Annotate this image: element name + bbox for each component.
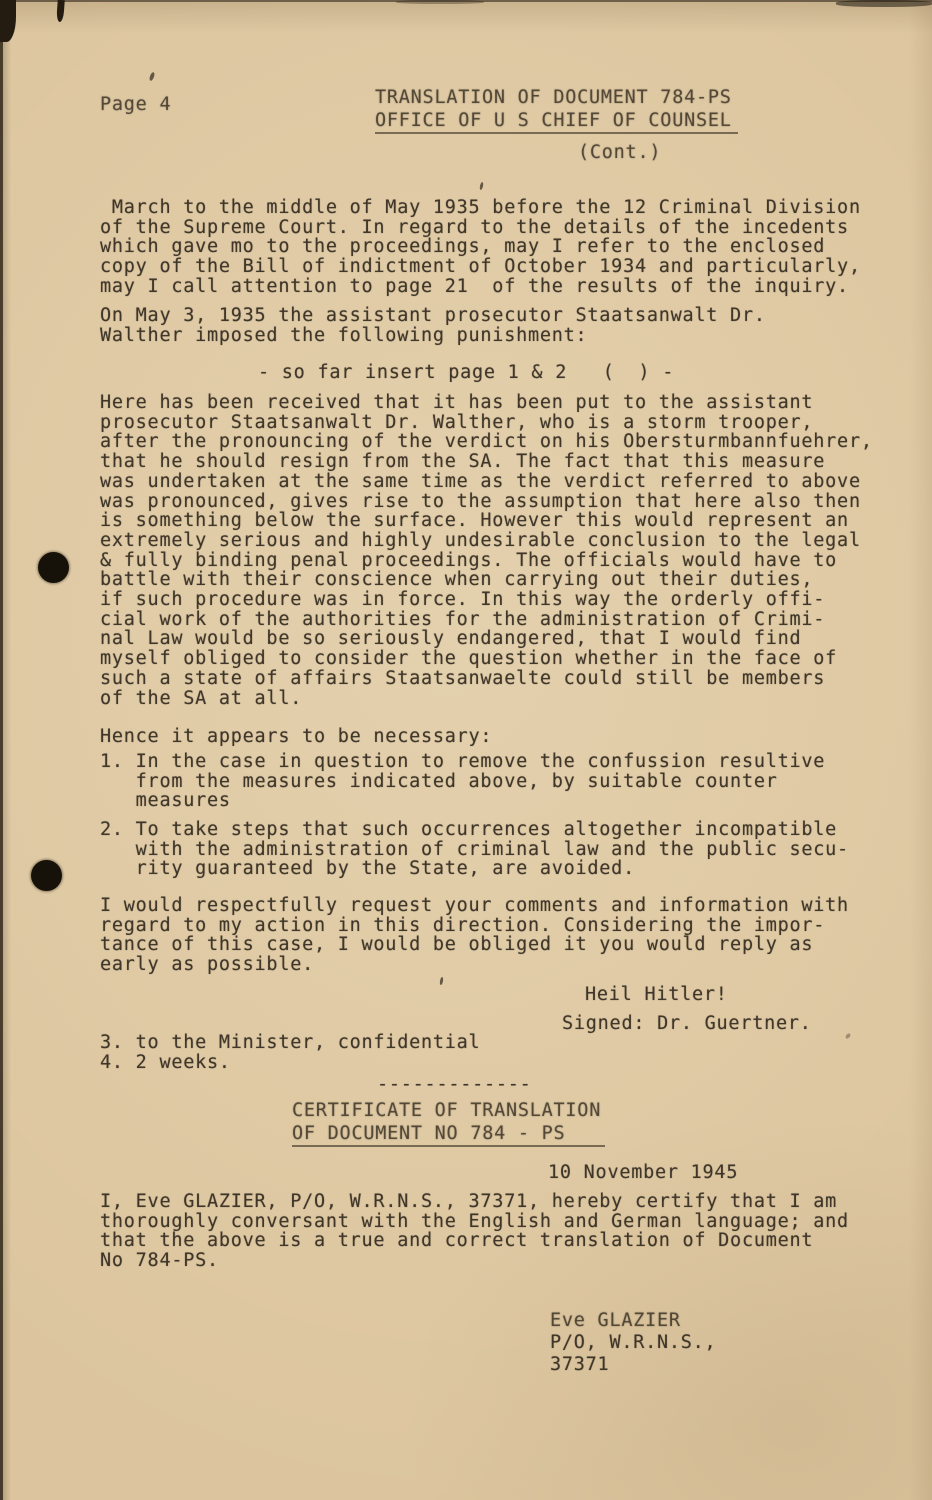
- left-edge-shadow: [0, 0, 3, 1500]
- hence-line: Hence it appears to be necessary:: [100, 727, 492, 747]
- signature-rank: P/O, W.R.N.S.,: [550, 1333, 716, 1353]
- paper-speck-3: [439, 977, 443, 985]
- numbered-item-4: 4. 2 weeks.: [100, 1053, 231, 1073]
- section-divider-dashes: -------------: [377, 1075, 532, 1095]
- signed-line: Signed: Dr. Guertner.: [562, 1014, 812, 1034]
- certificate-title-line1: CERTIFICATE OF TRANSLATION: [292, 1101, 601, 1121]
- header-title-line1: TRANSLATION OF DOCUMENT 784-PS: [375, 88, 732, 108]
- signature-number: 37371: [550, 1355, 609, 1375]
- document-page: Page 4 TRANSLATION OF DOCUMENT 784-PS OF…: [0, 0, 932, 1500]
- certificate-title-line2: OF DOCUMENT NO 784 - PS: [292, 1124, 605, 1147]
- top-smudge-center: [396, 0, 484, 4]
- paper-speck-1: [149, 72, 156, 82]
- paragraph-march-may: March to the middle of May 1935 before t…: [100, 198, 861, 297]
- numbered-item-3: 3. to the Minister, confidential: [100, 1033, 480, 1053]
- header-title-line2: OFFICE OF U S CHIEF OF COUNSEL: [375, 111, 738, 134]
- signature-name: Eve GLAZIER: [550, 1311, 681, 1331]
- numbered-item-1: 1. In the case in question to remove the…: [100, 752, 825, 811]
- header-continued-label: (Cont.): [578, 143, 661, 163]
- certificate-date: 10 November 1945: [548, 1163, 738, 1183]
- hole-punch-bottom: [31, 860, 62, 891]
- numbered-item-2: 2. To take steps that such occurrences a…: [100, 820, 849, 879]
- insert-note-line: - so far insert page 1 & 2 ( ) -: [258, 363, 674, 383]
- hole-punch-top: [38, 552, 69, 583]
- paragraph-on-may-3: On May 3, 1935 the assistant prosecutor …: [100, 306, 766, 345]
- certificate-body: I, Eve GLAZIER, P/O, W.R.N.S., 37371, he…: [100, 1192, 849, 1271]
- paper-speck-4: [845, 1032, 852, 1039]
- salute-line: Heil Hitler!: [585, 985, 728, 1005]
- top-smudge-right: [836, 0, 932, 7]
- paragraph-request-comments: I would respectfully request your commen…: [100, 896, 849, 975]
- paper-speck-2: [479, 182, 484, 190]
- page-number: Page 4: [100, 95, 171, 115]
- pen-mark: [56, 0, 65, 22]
- paragraph-here-received: Here has been received that it has been …: [100, 393, 873, 708]
- top-left-corner-mark: [0, 0, 16, 42]
